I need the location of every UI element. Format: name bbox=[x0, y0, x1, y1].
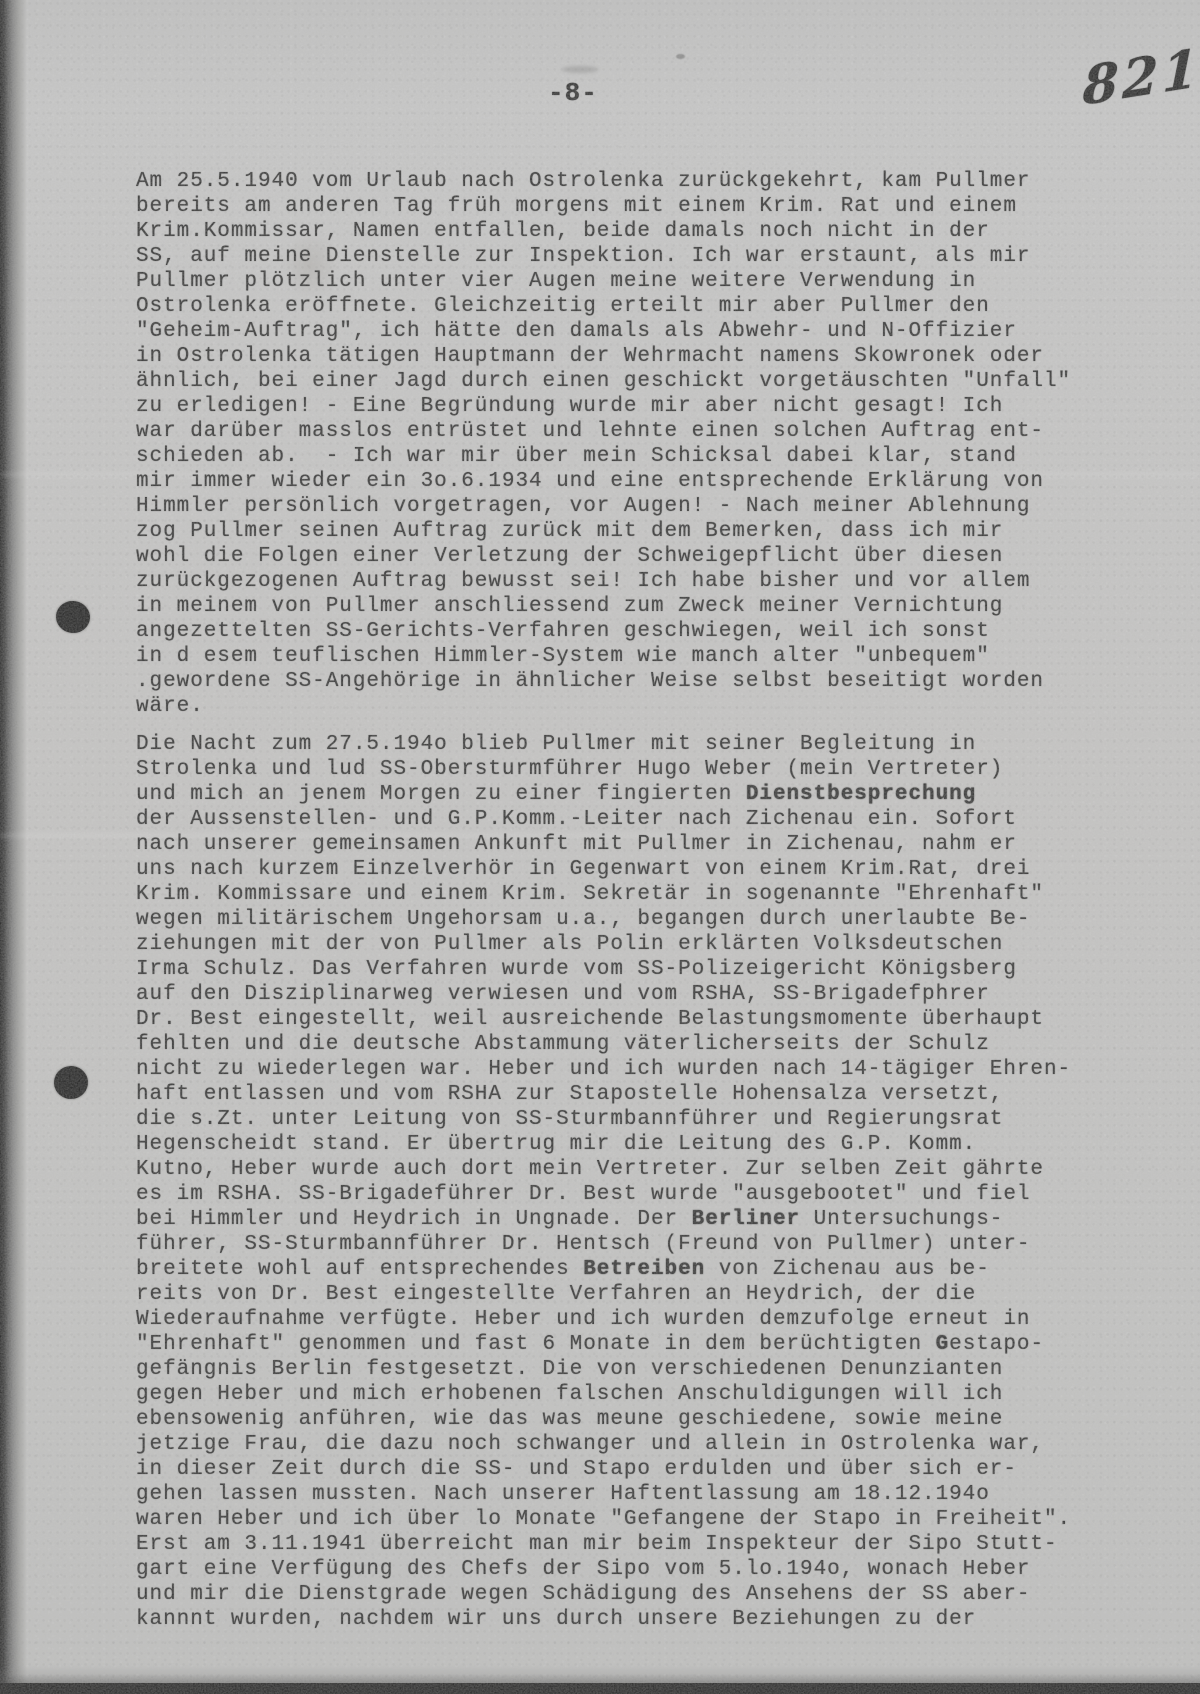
text-line: es im RSHA. SS-Brigadeführer Dr. Best wu… bbox=[136, 1182, 1126, 1207]
text-line: in Ostrolenka tätigen Hauptmann der Wehr… bbox=[136, 344, 1126, 369]
text-line: Ostrolenka eröffnete. Gleichzeitig ertei… bbox=[136, 294, 1126, 319]
ink-speck bbox=[676, 54, 685, 59]
text-line: in dieser Zeit durch die SS- und Stapo e… bbox=[136, 1457, 1126, 1482]
text-line: in meinem von Pullmer anschliessend zum … bbox=[136, 594, 1126, 619]
text-line: wohl die Folgen einer Verletzung der Sch… bbox=[136, 544, 1126, 569]
text-line: zog Pullmer seinen Auftrag zurück mit de… bbox=[136, 519, 1126, 544]
text-line: nicht zu wiederlegen war. Heber und ich … bbox=[136, 1057, 1126, 1082]
text-line: nach unserer gemeinsamen Ankunft mit Pul… bbox=[136, 832, 1126, 857]
text-line: Am 25.5.1940 vom Urlaub nach Ostrolenka … bbox=[136, 169, 1126, 194]
body-text: Am 25.5.1940 vom Urlaub nach Ostrolenka … bbox=[136, 169, 1126, 1645]
handwritten-folio-number: 821 bbox=[1082, 38, 1200, 118]
text-line: Hegenscheidt stand. Er übertrug mir die … bbox=[136, 1132, 1126, 1157]
text-line: bei Himmler und Heydrich in Ungnade. Der… bbox=[136, 1207, 1126, 1232]
text-line: reits von Dr. Best eingestellte Verfahre… bbox=[136, 1282, 1126, 1307]
text-line: mir immer wieder ein 3o.6.1934 und eine … bbox=[136, 469, 1126, 494]
paragraph: Die Nacht zum 27.5.194o blieb Pullmer mi… bbox=[136, 732, 1126, 1632]
scan-edge-left bbox=[0, 0, 27, 1694]
text-line: jetzige Frau, die dazu noch schwanger un… bbox=[136, 1432, 1126, 1457]
text-line: Dr. Best eingestellt, weil ausreichende … bbox=[136, 1007, 1126, 1032]
text-line: gefängnis Berlin festgesetzt. Die von ve… bbox=[136, 1357, 1126, 1382]
text-line: Krim.Kommissar, Namen entfallen, beide d… bbox=[136, 219, 1126, 244]
paragraph: Am 25.5.1940 vom Urlaub nach Ostrolenka … bbox=[136, 169, 1126, 719]
text-line: fehlten und die deutsche Abstammung väte… bbox=[136, 1032, 1126, 1057]
text-line: Wiederaufnahme verfügte. Heber und ich w… bbox=[136, 1307, 1126, 1332]
text-line: gegen Heber und mich erhobenen falschen … bbox=[136, 1382, 1126, 1407]
text-line: "Geheim-Auftrag", ich hätte den damals a… bbox=[136, 319, 1126, 344]
text-line: die s.Zt. unter Leitung von SS-Sturmbann… bbox=[136, 1107, 1126, 1132]
text-line: ebensowenig anführen, wie das was meune … bbox=[136, 1407, 1126, 1432]
text-line: angezettelten SS-Gerichts-Verfahren gesc… bbox=[136, 619, 1126, 644]
page-number: -8- bbox=[548, 80, 598, 106]
text-line: zurückgezogenen Auftrag bewusst sei! Ich… bbox=[136, 569, 1126, 594]
text-line: war darüber masslos entrüstet und lehnte… bbox=[136, 419, 1126, 444]
text-line: Kutno, Heber wurde auch dort mein Vertre… bbox=[136, 1157, 1126, 1182]
text-line: und mich an jenem Morgen zu einer fingie… bbox=[136, 782, 1126, 807]
text-line: der Aussenstellen- und G.P.Komm.-Leiter … bbox=[136, 807, 1126, 832]
scan-edge-bottom bbox=[0, 1683, 1200, 1694]
text-line: Erst am 3.11.1941 überreicht man mir bei… bbox=[136, 1532, 1126, 1557]
text-line: Die Nacht zum 27.5.194o blieb Pullmer mi… bbox=[136, 732, 1126, 757]
text-line: ähnlich, bei einer Jagd durch einen gesc… bbox=[136, 369, 1126, 394]
punch-hole-bottom bbox=[53, 1065, 90, 1101]
text-line: "Ehrenhaft" genommen und fast 6 Monate i… bbox=[136, 1332, 1126, 1357]
text-line: auf den Disziplinarweg verwiesen und vom… bbox=[136, 982, 1126, 1007]
text-line: gart eine Verfügung des Chefs der Sipo v… bbox=[136, 1557, 1126, 1582]
text-line: und mir die Dienstgrade wegen Schädigung… bbox=[136, 1582, 1126, 1607]
text-line: SS, auf meine Dienstelle zur Inspektion.… bbox=[136, 244, 1126, 269]
punch-hole-top bbox=[54, 599, 92, 635]
text-line: .gewordene SS-Angehörige in ähnlicher We… bbox=[136, 669, 1126, 694]
text-line: ziehungen mit der von Pullmer als Polin … bbox=[136, 932, 1126, 957]
text-line: führer, SS-Sturmbannführer Dr. Hentsch (… bbox=[136, 1232, 1126, 1257]
scanned-document-page: -8- 821 Am 25.5.1940 vom Urlaub nach Ost… bbox=[0, 0, 1200, 1694]
text-line: Pullmer plötzlich unter vier Augen meine… bbox=[136, 269, 1126, 294]
text-line: haft entlassen und vom RSHA zur Staposte… bbox=[136, 1082, 1126, 1107]
text-line: bereits am anderen Tag früh morgens mit … bbox=[136, 194, 1126, 219]
text-line: in d esem teuflischen Himmler-System wie… bbox=[136, 644, 1126, 669]
text-line: Strolenka und lud SS-Obersturmführer Hug… bbox=[136, 757, 1126, 782]
text-line: wegen militärischem Ungehorsam u.a., beg… bbox=[136, 907, 1126, 932]
text-line: Krim. Kommissare und einem Krim. Sekretä… bbox=[136, 882, 1126, 907]
text-line: gehen lassen mussten. Nach unserer Hafte… bbox=[136, 1482, 1126, 1507]
text-line: Irma Schulz. Das Verfahren wurde vom SS-… bbox=[136, 957, 1126, 982]
text-line: zu erledigen! - Eine Begründung wurde mi… bbox=[136, 394, 1126, 419]
text-line: waren Heber und ich über lo Monate "Gefa… bbox=[136, 1507, 1126, 1532]
text-line: Himmler persönlich vorgetragen, vor Auge… bbox=[136, 494, 1126, 519]
text-line: breitete wohl auf entsprechendes Betreib… bbox=[136, 1257, 1126, 1282]
scan-edge-bottom-shadow bbox=[0, 1665, 1200, 1685]
text-line: schieden ab. - Ich war mir über mein Sch… bbox=[136, 444, 1126, 469]
ink-smudge bbox=[562, 66, 598, 73]
text-line: uns nach kurzem Einzelverhör in Gegenwar… bbox=[136, 857, 1126, 882]
text-line: kannnt wurden, nachdem wir uns durch uns… bbox=[136, 1607, 1126, 1632]
text-line: wäre. bbox=[136, 694, 1126, 719]
